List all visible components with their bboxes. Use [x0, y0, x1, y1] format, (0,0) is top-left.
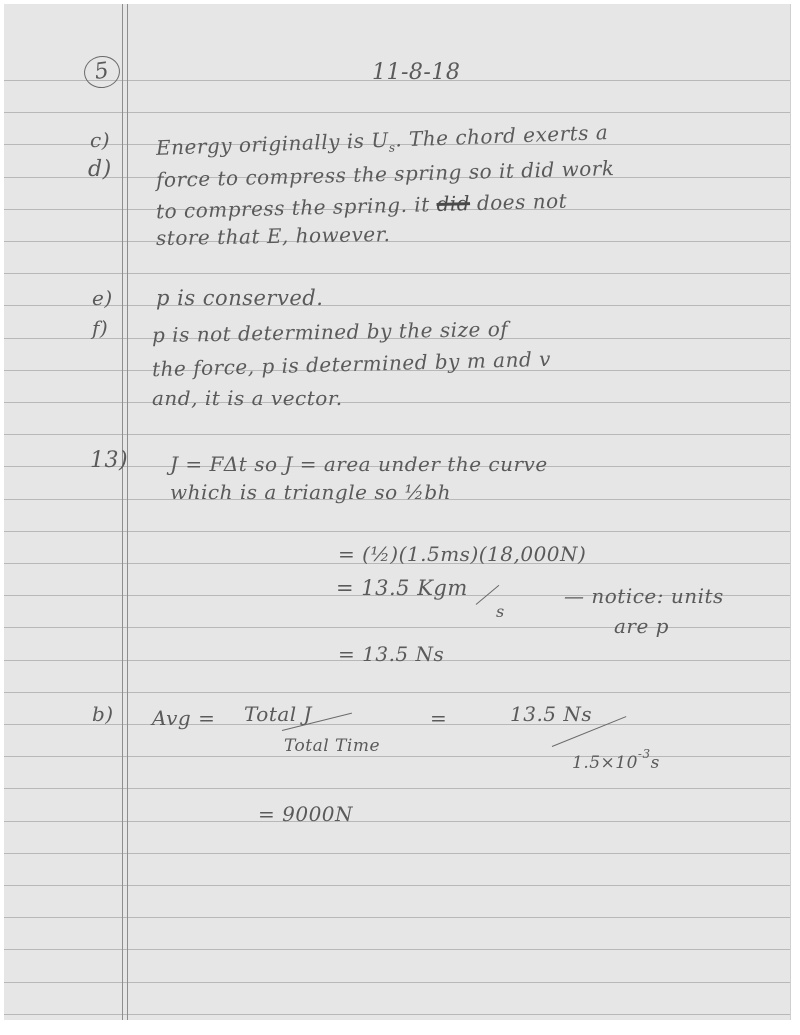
calc-step-1: = (½)(1.5ms)(18,000N)	[338, 544, 586, 564]
answer-f-line-1: p is not determined by the size of	[152, 319, 509, 345]
units-note-line-1: — notice: units	[564, 586, 724, 606]
label-d: d)	[88, 159, 112, 181]
answer-cd-line-4: store that E, however.	[156, 224, 391, 248]
struck-word: did	[436, 191, 470, 216]
avg-label: Avg =	[152, 708, 215, 728]
calc-step-3: = 13.5 Ns	[338, 644, 444, 664]
notebook-page: 5 11-8-18 c) d) Energy originally is Us.…	[4, 4, 791, 1020]
triangle-note: which is a triangle so ½bh	[170, 482, 451, 502]
units-note-line-2: are p	[614, 616, 669, 636]
margin-line-left	[122, 4, 123, 1020]
value-denominator: 1.5×10-3s	[572, 748, 660, 772]
calc-step-2: = 13.5 Kgm	[336, 578, 468, 599]
answer-cd-line-2: force to compress the spring so it did w…	[156, 158, 615, 190]
answer-cd-line-1: Energy originally is Us. The chord exert…	[156, 122, 609, 162]
impulse-definition: J = FΔt so J = area under the curve	[170, 454, 548, 474]
answer-f-line-2: the force, p is determined by m and v	[152, 349, 551, 379]
answer-f-line-3: and, it is a vector.	[152, 388, 343, 408]
answer-cd-line-3: to compress the spring. it did does not	[156, 191, 568, 222]
avg-denominator: Total Time	[284, 738, 380, 755]
equals-sign: =	[430, 708, 447, 728]
label-b: b)	[92, 704, 114, 724]
value-numerator: 13.5 Ns	[510, 704, 592, 724]
label-f: f)	[92, 318, 108, 338]
label-e: e)	[92, 288, 113, 308]
avg-numerator: Total J	[244, 704, 312, 724]
problem-number: 5	[84, 56, 120, 88]
label-13: 13)	[90, 450, 128, 472]
calc-step-2-denominator: s	[496, 604, 505, 620]
answer-e: p is conserved.	[156, 288, 323, 309]
final-result: = 9000N	[258, 804, 353, 824]
margin-line-right	[127, 4, 128, 1020]
date: 11-8-18	[372, 62, 460, 84]
label-c: c)	[90, 130, 110, 150]
